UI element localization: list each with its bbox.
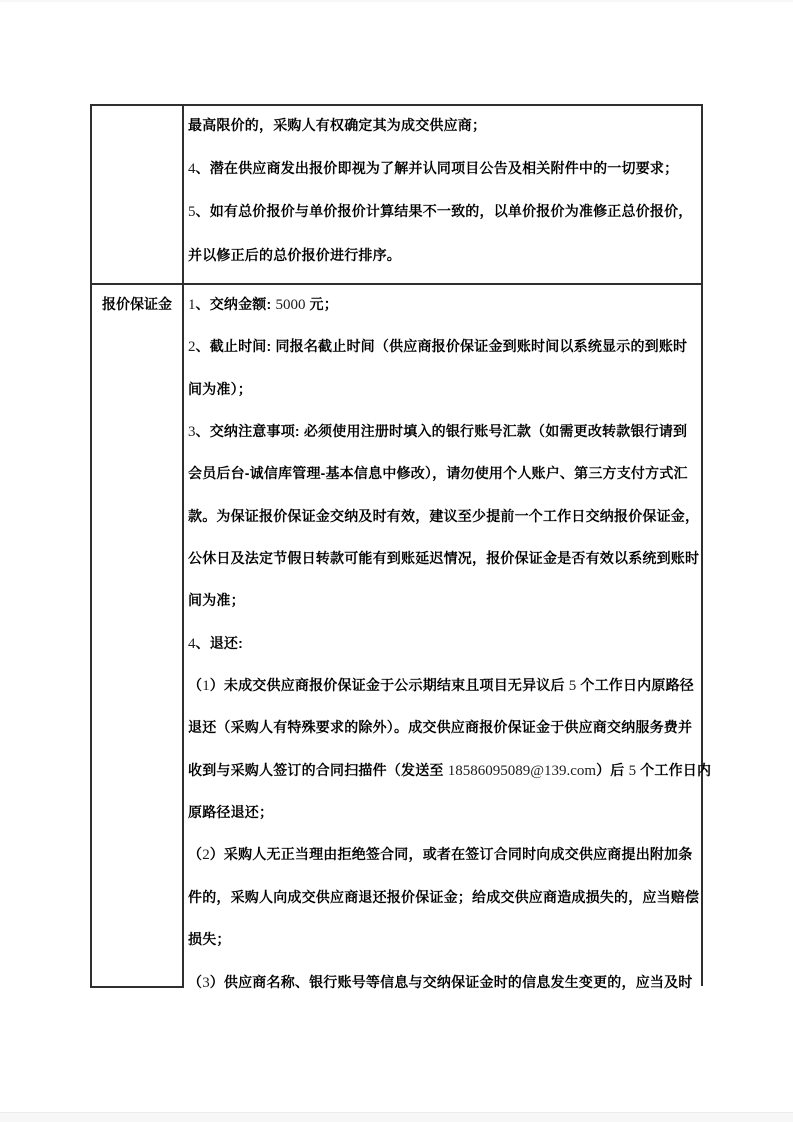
table-column-divider bbox=[182, 104, 184, 988]
text-line: 1、交纳金额: 5000 元； bbox=[188, 283, 700, 325]
cjk-text-run: 款。为保证报价保证金交纳及时有效，建议至少提前一个工作日交纳报价保证金， bbox=[188, 508, 699, 524]
cjk-text-run: 、如有总价报价与单价报价计算结果不一致的，以单价报价为准修正总价报价， bbox=[196, 203, 693, 219]
text-line: 最高限价的，采购人有权确定其为成交供应商； bbox=[188, 104, 700, 147]
text-line: 并以修正后的总价报价进行排序。 bbox=[188, 234, 700, 277]
page-bottom-edge bbox=[0, 1112, 793, 1122]
text-line: 损失； bbox=[188, 918, 700, 960]
cjk-text-run: ）采购人无正当理由拒绝签合同，或者在签订合同时向成交供应商提出附加条 bbox=[210, 846, 693, 862]
cjk-text-run: 损失； bbox=[188, 931, 231, 947]
latin-text-run: 1 bbox=[202, 678, 210, 694]
cjk-text-run: 、潜在供应商发出报价即视为了解并认同项目公告及相关附件中的一切要求； bbox=[196, 160, 679, 176]
page-top-edge bbox=[0, 0, 793, 2]
row-header-bid-deposit: 报价保证金 bbox=[91, 283, 183, 325]
row1-content-cell: 最高限价的，采购人有权确定其为成交供应商；4、潜在供应商发出报价即视为了解并认同… bbox=[188, 104, 700, 277]
cjk-text-run: 收到与采购人签订的合同扫描件（发送至 bbox=[188, 762, 448, 778]
latin-text-run: 5 bbox=[188, 204, 196, 220]
text-line: （2）采购人无正当理由拒绝签合同，或者在签订合同时向成交供应商提出附加条 bbox=[188, 833, 700, 875]
cjk-text-run: （ bbox=[188, 974, 202, 990]
cjk-text-run: 个工作日内 bbox=[636, 762, 711, 778]
header-cell-bottom-border bbox=[90, 986, 184, 988]
cjk-text-run: 并以修正后的总价报价进行排序。 bbox=[188, 247, 401, 263]
latin-text-run: 4 bbox=[188, 636, 196, 652]
cjk-text-run: 最高限价的，采购人有权确定其为成交供应商； bbox=[188, 117, 486, 133]
cjk-text-run: 元； bbox=[305, 296, 338, 312]
cjk-text-run: 、交纳注意事项: 必须使用注册时填入的银行账号汇款（如需更改转款银行请到 bbox=[196, 423, 688, 439]
text-line: 退还（采购人有特殊要求的除外）。成交供应商报价保证金于供应商交纳服务费并 bbox=[188, 706, 700, 748]
text-line: 收到与采购人签订的合同扫描件（发送至 18586095089@139.com）后… bbox=[188, 749, 700, 791]
text-line: 3、交纳注意事项: 必须使用注册时填入的银行账号汇款（如需更改转款银行请到 bbox=[188, 410, 700, 452]
cjk-text-run: 件的，采购人向成交供应商退还报价保证金；给成交供应商造成损失的，应当赔偿 bbox=[188, 889, 699, 905]
text-line: 款。为保证报价保证金交纳及时有效，建议至少提前一个工作日交纳报价保证金， bbox=[188, 495, 700, 537]
cjk-text-run: 会员后台-诚信库管理-基本信息中修改），请勿使用个人账户、第三方支付方式汇 bbox=[188, 465, 688, 481]
text-line: （1）未成交供应商报价保证金于公示期结束且项目无异议后 5 个工作日内原路径 bbox=[188, 664, 700, 706]
cjk-text-run: 、截止时间: 同报名截止时间（供应商报价保证金到账时间以系统显示的到账时 bbox=[196, 338, 688, 354]
cjk-text-run: ）未成交供应商报价保证金于公示期结束且项目无异议后 bbox=[210, 677, 569, 693]
text-line: 5、如有总价报价与单价报价计算结果不一致的，以单价报价为准修正总价报价， bbox=[188, 190, 700, 233]
latin-text-run: 5 bbox=[629, 763, 637, 779]
latin-text-run: 2 bbox=[188, 339, 196, 355]
latin-text-run: 18586095089@139.com bbox=[448, 763, 596, 779]
latin-text-run: 2 bbox=[202, 847, 210, 863]
table-border-right bbox=[701, 104, 703, 986]
text-line: 会员后台-诚信库管理-基本信息中修改），请勿使用个人账户、第三方支付方式汇 bbox=[188, 452, 700, 494]
cjk-text-run: 个工作日内原路径 bbox=[576, 677, 694, 693]
cjk-text-run: ）供应商名称、银行账号等信息与交纳保证金时的信息发生变更的，应当及时 bbox=[210, 974, 693, 990]
text-line: 2、截止时间: 同报名截止时间（供应商报价保证金到账时间以系统显示的到账时 bbox=[188, 325, 700, 367]
cjk-text-run: ）后 bbox=[596, 762, 629, 778]
text-line: 间为准）； bbox=[188, 368, 700, 410]
cjk-text-run: 退还（采购人有特殊要求的除外）。成交供应商报价保证金于供应商交纳服务费并 bbox=[188, 719, 692, 735]
latin-text-run: 4 bbox=[188, 161, 196, 177]
cjk-text-run: 间为准； bbox=[188, 592, 245, 608]
cjk-text-run: 、退还: bbox=[196, 635, 243, 651]
text-line: 间为准； bbox=[188, 579, 700, 621]
text-line: 件的，采购人向成交供应商退还报价保证金；给成交供应商造成损失的，应当赔偿 bbox=[188, 876, 700, 918]
latin-text-run: 3 bbox=[202, 975, 210, 991]
cjk-text-run: 间为准）； bbox=[188, 381, 252, 397]
table-border-left bbox=[90, 104, 92, 988]
text-line: 4、退还: bbox=[188, 622, 700, 664]
text-line: （3）供应商名称、银行账号等信息与交纳保证金时的信息发生变更的，应当及时 bbox=[188, 961, 700, 1003]
text-line: 原路径退还； bbox=[188, 791, 700, 833]
latin-text-run: 1 bbox=[188, 297, 196, 313]
cjk-text-run: （ bbox=[188, 846, 202, 862]
cjk-text-run: 公休日及法定节假日转款可能有到账延迟情况，报价保证金是否有效以系统到账时 bbox=[188, 550, 699, 566]
latin-text-run: 3 bbox=[188, 424, 196, 440]
latin-text-run: 5000 bbox=[275, 297, 305, 313]
cjk-text-run: （ bbox=[188, 677, 202, 693]
row2-content-cell: 1、交纳金额: 5000 元；2、截止时间: 同报名截止时间（供应商报价保证金到… bbox=[188, 283, 700, 1003]
cjk-text-run: 原路径退还； bbox=[188, 804, 273, 820]
cjk-text-run: 、交纳金额: bbox=[196, 296, 276, 312]
text-line: 公休日及法定节假日转款可能有到账延迟情况，报价保证金是否有效以系统到账时 bbox=[188, 537, 700, 579]
text-line: 4、潜在供应商发出报价即视为了解并认同项目公告及相关附件中的一切要求； bbox=[188, 147, 700, 190]
document-page: { "colors": { "page_background": "#fffff… bbox=[0, 0, 793, 1122]
